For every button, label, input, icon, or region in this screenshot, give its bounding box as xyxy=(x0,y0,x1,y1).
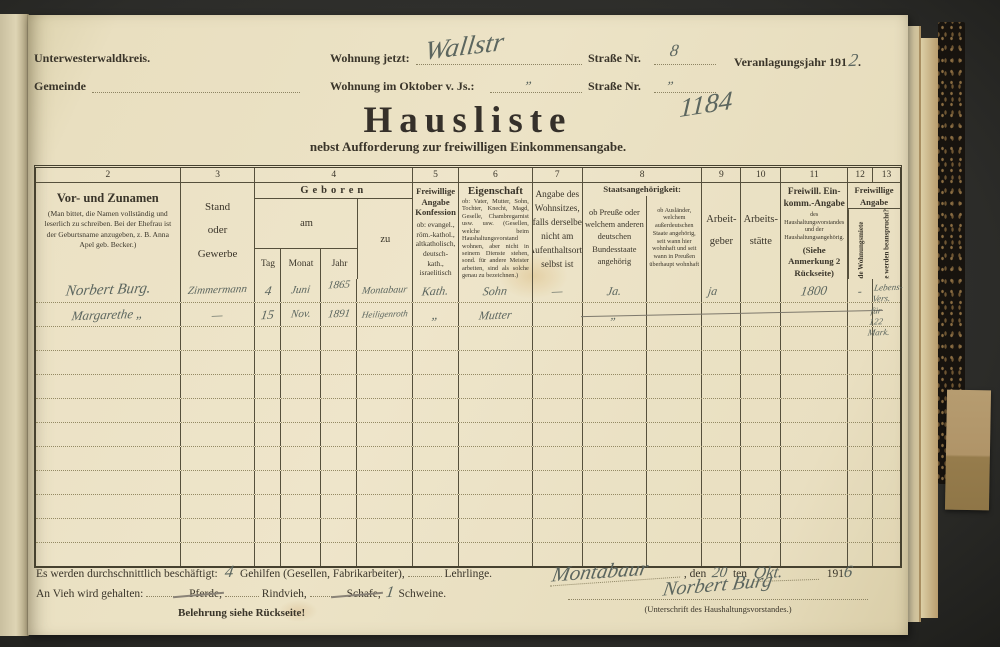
beschaeftigt-line: Es werden durchschnittlich beschäftigt: … xyxy=(36,563,492,580)
rindvieh-label: Rindvieh, xyxy=(262,588,307,600)
table-row-empty xyxy=(36,375,900,399)
col-number: 12 xyxy=(848,168,873,182)
row-stand: — xyxy=(211,308,223,320)
col-header-geboren: Geboren am Tag Monat Jahr zu xyxy=(255,183,413,279)
table-body: Norbert Burg. Zimmermann 4 Juni 1865 Mon… xyxy=(36,279,900,566)
row-monat: Juni xyxy=(291,285,312,297)
col-header-staatsangehoerigkeit: Staatsangehörigkeit: ob Preuße oder welc… xyxy=(583,183,703,279)
strasse2-label: Straße Nr. xyxy=(588,79,641,94)
col-header-konfession: Freiwillige Angabe Konfession ob: evange… xyxy=(413,183,459,279)
col-number: 8 xyxy=(583,168,703,182)
signature-block: Norbert Burg xyxy=(568,575,868,600)
col-header-names: Vor- und Zunamen (Man bittet, die Namen … xyxy=(36,183,181,279)
col-number: 7 xyxy=(533,168,583,182)
arbeitgeber-label: Arbeit- geber xyxy=(702,183,740,279)
row-stand: Zimmermann xyxy=(187,284,248,297)
geboren-am-label: am xyxy=(255,199,357,248)
miete-label: Zu zahlende Wohnungsmiete xyxy=(848,209,873,279)
geboren-zu-label: zu xyxy=(357,199,412,279)
row-name: Norbert Burg. xyxy=(64,282,151,300)
previous-page-edge xyxy=(0,14,29,636)
einkommen-note: des Haushaltungsvorstandes und der Haush… xyxy=(781,210,847,242)
row-miete: - xyxy=(857,284,863,296)
arbeitsstaette-label: Arbeits- stätte xyxy=(741,183,780,279)
row-tag: 4 xyxy=(264,284,272,297)
geboren-jahr-label: Jahr xyxy=(321,249,357,279)
schweine-handwriting: 1 xyxy=(384,585,394,601)
col-number: 9 xyxy=(702,168,741,182)
row-einkommen: 1800 xyxy=(800,284,828,298)
signature-handwriting: Norbert Burg xyxy=(662,570,775,599)
freiwillige-angabe-title: Freiwillige Angabe xyxy=(848,183,900,209)
col-header-names-title: Vor- und Zunamen xyxy=(36,191,180,206)
beschaeftigt-label: Es werden durchschnittlich beschäftigt: xyxy=(36,568,218,580)
scanned-book-photo: Unterwesterwaldkreis. Wohnung jetzt: Wal… xyxy=(0,0,1000,647)
strasse1-line xyxy=(654,53,716,65)
column-header-row: Vor- und Zunamen (Man bittet, die Namen … xyxy=(36,183,900,279)
lehrlinge-line xyxy=(408,565,442,577)
konfession-title: Freiwillige Angabe Konfession xyxy=(413,186,458,218)
hausliste-table: 2 3 4 5 6 7 8 9 10 11 12 13 Vor- und Zun… xyxy=(34,165,902,568)
eigenschaft-title: Eigenschaft xyxy=(459,185,532,197)
paper-tab xyxy=(945,390,991,511)
form-title: Hausliste xyxy=(28,99,908,142)
col-header-names-note: (Man bittet, die Namen vollständig und l… xyxy=(36,206,180,250)
table-row-empty xyxy=(36,327,900,351)
row-eigenschaft: Mutter xyxy=(478,308,513,321)
row-tag: 15 xyxy=(260,308,275,321)
staat-auslaender-label: ob Ausländer, welchem außerdeutschen Sta… xyxy=(646,196,701,279)
table-row: Norbert Burg. Zimmermann 4 Juni 1865 Mon… xyxy=(36,279,900,303)
row-arbeitgeber: ja xyxy=(707,284,718,296)
rindvieh-line xyxy=(225,585,259,597)
col-number: 5 xyxy=(413,168,459,182)
abzuege-label: Welche Abzüge werden beansprucht? xyxy=(873,209,900,279)
col-number: 4 xyxy=(255,168,413,182)
wohnsitz-label: Angabe des Wohnsitzes, falls derselbe ni… xyxy=(533,183,582,279)
col-header-eigenschaft: Eigenschaft ob: Vater, Mutter, Sohn, Toc… xyxy=(459,183,533,279)
eigenschaft-note: ob: Vater, Mutter, Sohn, Tochter, Knecht… xyxy=(459,197,532,279)
table-row-empty xyxy=(36,351,900,375)
row-konfession: „ xyxy=(431,308,440,321)
table-row: Margarethe „ — 15 Nov. 1891 Heiligenroth… xyxy=(36,303,900,327)
document-page: Unterwesterwaldkreis. Wohnung jetzt: Wal… xyxy=(28,15,908,635)
geboren-tag-label: Tag xyxy=(255,249,281,279)
staat-preusse-label: ob Preuße oder welchem anderen deutschen… xyxy=(583,196,646,279)
belehrung-note: Belehrung siehe Rückseite! xyxy=(178,607,305,619)
row-jahr: 1865 xyxy=(327,280,351,292)
col-header-arbeitsstaette: Arbeits- stätte xyxy=(741,183,781,279)
veranlagungsjahr-period: . xyxy=(858,55,861,69)
row-zu: Heiligenroth xyxy=(361,309,408,320)
veranlagungsjahr: Veranlagungsjahr 1912. xyxy=(734,51,861,70)
table-row-empty xyxy=(36,495,900,519)
row-jahr: 1891 xyxy=(327,309,351,321)
schafe-label: Schafe, xyxy=(347,588,381,600)
page-stack-edge xyxy=(921,38,938,618)
row-eigenschaft: Sohn xyxy=(483,284,509,297)
gehilfen-label: Gehilfen (Gesellen, Fabrikarbeiter), xyxy=(240,568,405,580)
col-header-stand-label: Stand oder Gewerbe xyxy=(181,183,255,279)
table-row-empty xyxy=(36,519,900,543)
col-number: 11 xyxy=(781,168,848,182)
col-number: 10 xyxy=(741,168,781,182)
row-name: Margarethe „ xyxy=(71,307,145,322)
col-number: 2 xyxy=(36,168,181,182)
table-row-empty xyxy=(36,471,900,495)
district-name: Unterwesterwaldkreis. xyxy=(34,51,150,66)
col-header-wohnsitz: Angabe des Wohnsitzes, falls derselbe ni… xyxy=(533,183,583,279)
form-subtitle: nebst Aufforderung zur freiwilligen Eink… xyxy=(28,139,908,155)
veranlagungsjahr-label: Veranlagungsjahr 191 xyxy=(734,55,847,69)
wohnung-okt-line xyxy=(490,81,582,93)
einkommen-title: Freiwill. Ein- komm.-Angabe xyxy=(781,187,847,210)
row-staat: Ja. xyxy=(606,284,622,296)
strasse1-label: Straße Nr. xyxy=(588,51,641,66)
col-number: 3 xyxy=(181,168,256,182)
gemeinde-label: Gemeinde xyxy=(34,79,86,94)
col-header-freiwillige-angabe: Freiwillige Angabe Zu zahlende Wohnungsm… xyxy=(848,183,900,279)
konfession-note: ob: evangel., röm.-kathol., altkatholisc… xyxy=(413,218,458,279)
col-header-arbeitgeber: Arbeit- geber xyxy=(702,183,741,279)
column-number-row: 2 3 4 5 6 7 8 9 10 11 12 13 xyxy=(36,168,900,183)
wohnung-jetzt-label: Wohnung jetzt: xyxy=(330,51,410,66)
lehrlinge-label: Lehrlinge. xyxy=(444,568,492,580)
table-row-empty xyxy=(36,423,900,447)
col-number: 6 xyxy=(459,168,533,182)
strasse1-handwriting: 8 xyxy=(669,42,680,59)
gemeinde-line xyxy=(92,81,300,93)
table-row-empty xyxy=(36,447,900,471)
vieh-line: An Vieh wird gehalten: Pferde, Rindvieh,… xyxy=(36,585,446,601)
table-row-empty xyxy=(36,399,900,423)
row-wohnsitz: — xyxy=(551,284,563,296)
row-zu: Montabaur xyxy=(361,285,408,297)
col-header-einkommen: Freiwill. Ein- komm.-Angabe des Haushalt… xyxy=(781,183,848,279)
gehilfen-handwriting: 4 xyxy=(223,563,234,580)
staat-title: Staatsangehörigkeit: xyxy=(583,183,702,196)
geboren-monat-label: Monat xyxy=(281,249,321,279)
vieh-label: An Vieh wird gehalten: xyxy=(36,588,143,600)
schweine-label: Schweine. xyxy=(398,588,446,600)
unterschrift-caption: (Unterschrift des Haushaltungsvorstandes… xyxy=(568,604,868,614)
einkommen-note2: (Siehe Anmerkung 2 Rückseite) xyxy=(781,245,847,279)
row-konfession: Kath. xyxy=(421,284,449,297)
col-number: 13 xyxy=(873,168,900,182)
abzuege-handwriting: Lebens- Vers. für 122 Mark. xyxy=(867,281,915,339)
row-monat: Nov. xyxy=(290,309,311,321)
col-header-stand: Stand oder Gewerbe xyxy=(181,183,256,279)
wohnung-okt-label: Wohnung im Oktober v. Js.: xyxy=(330,79,474,94)
geboren-title: Geboren xyxy=(255,183,412,199)
pferde-label: Pferde, xyxy=(189,588,222,600)
